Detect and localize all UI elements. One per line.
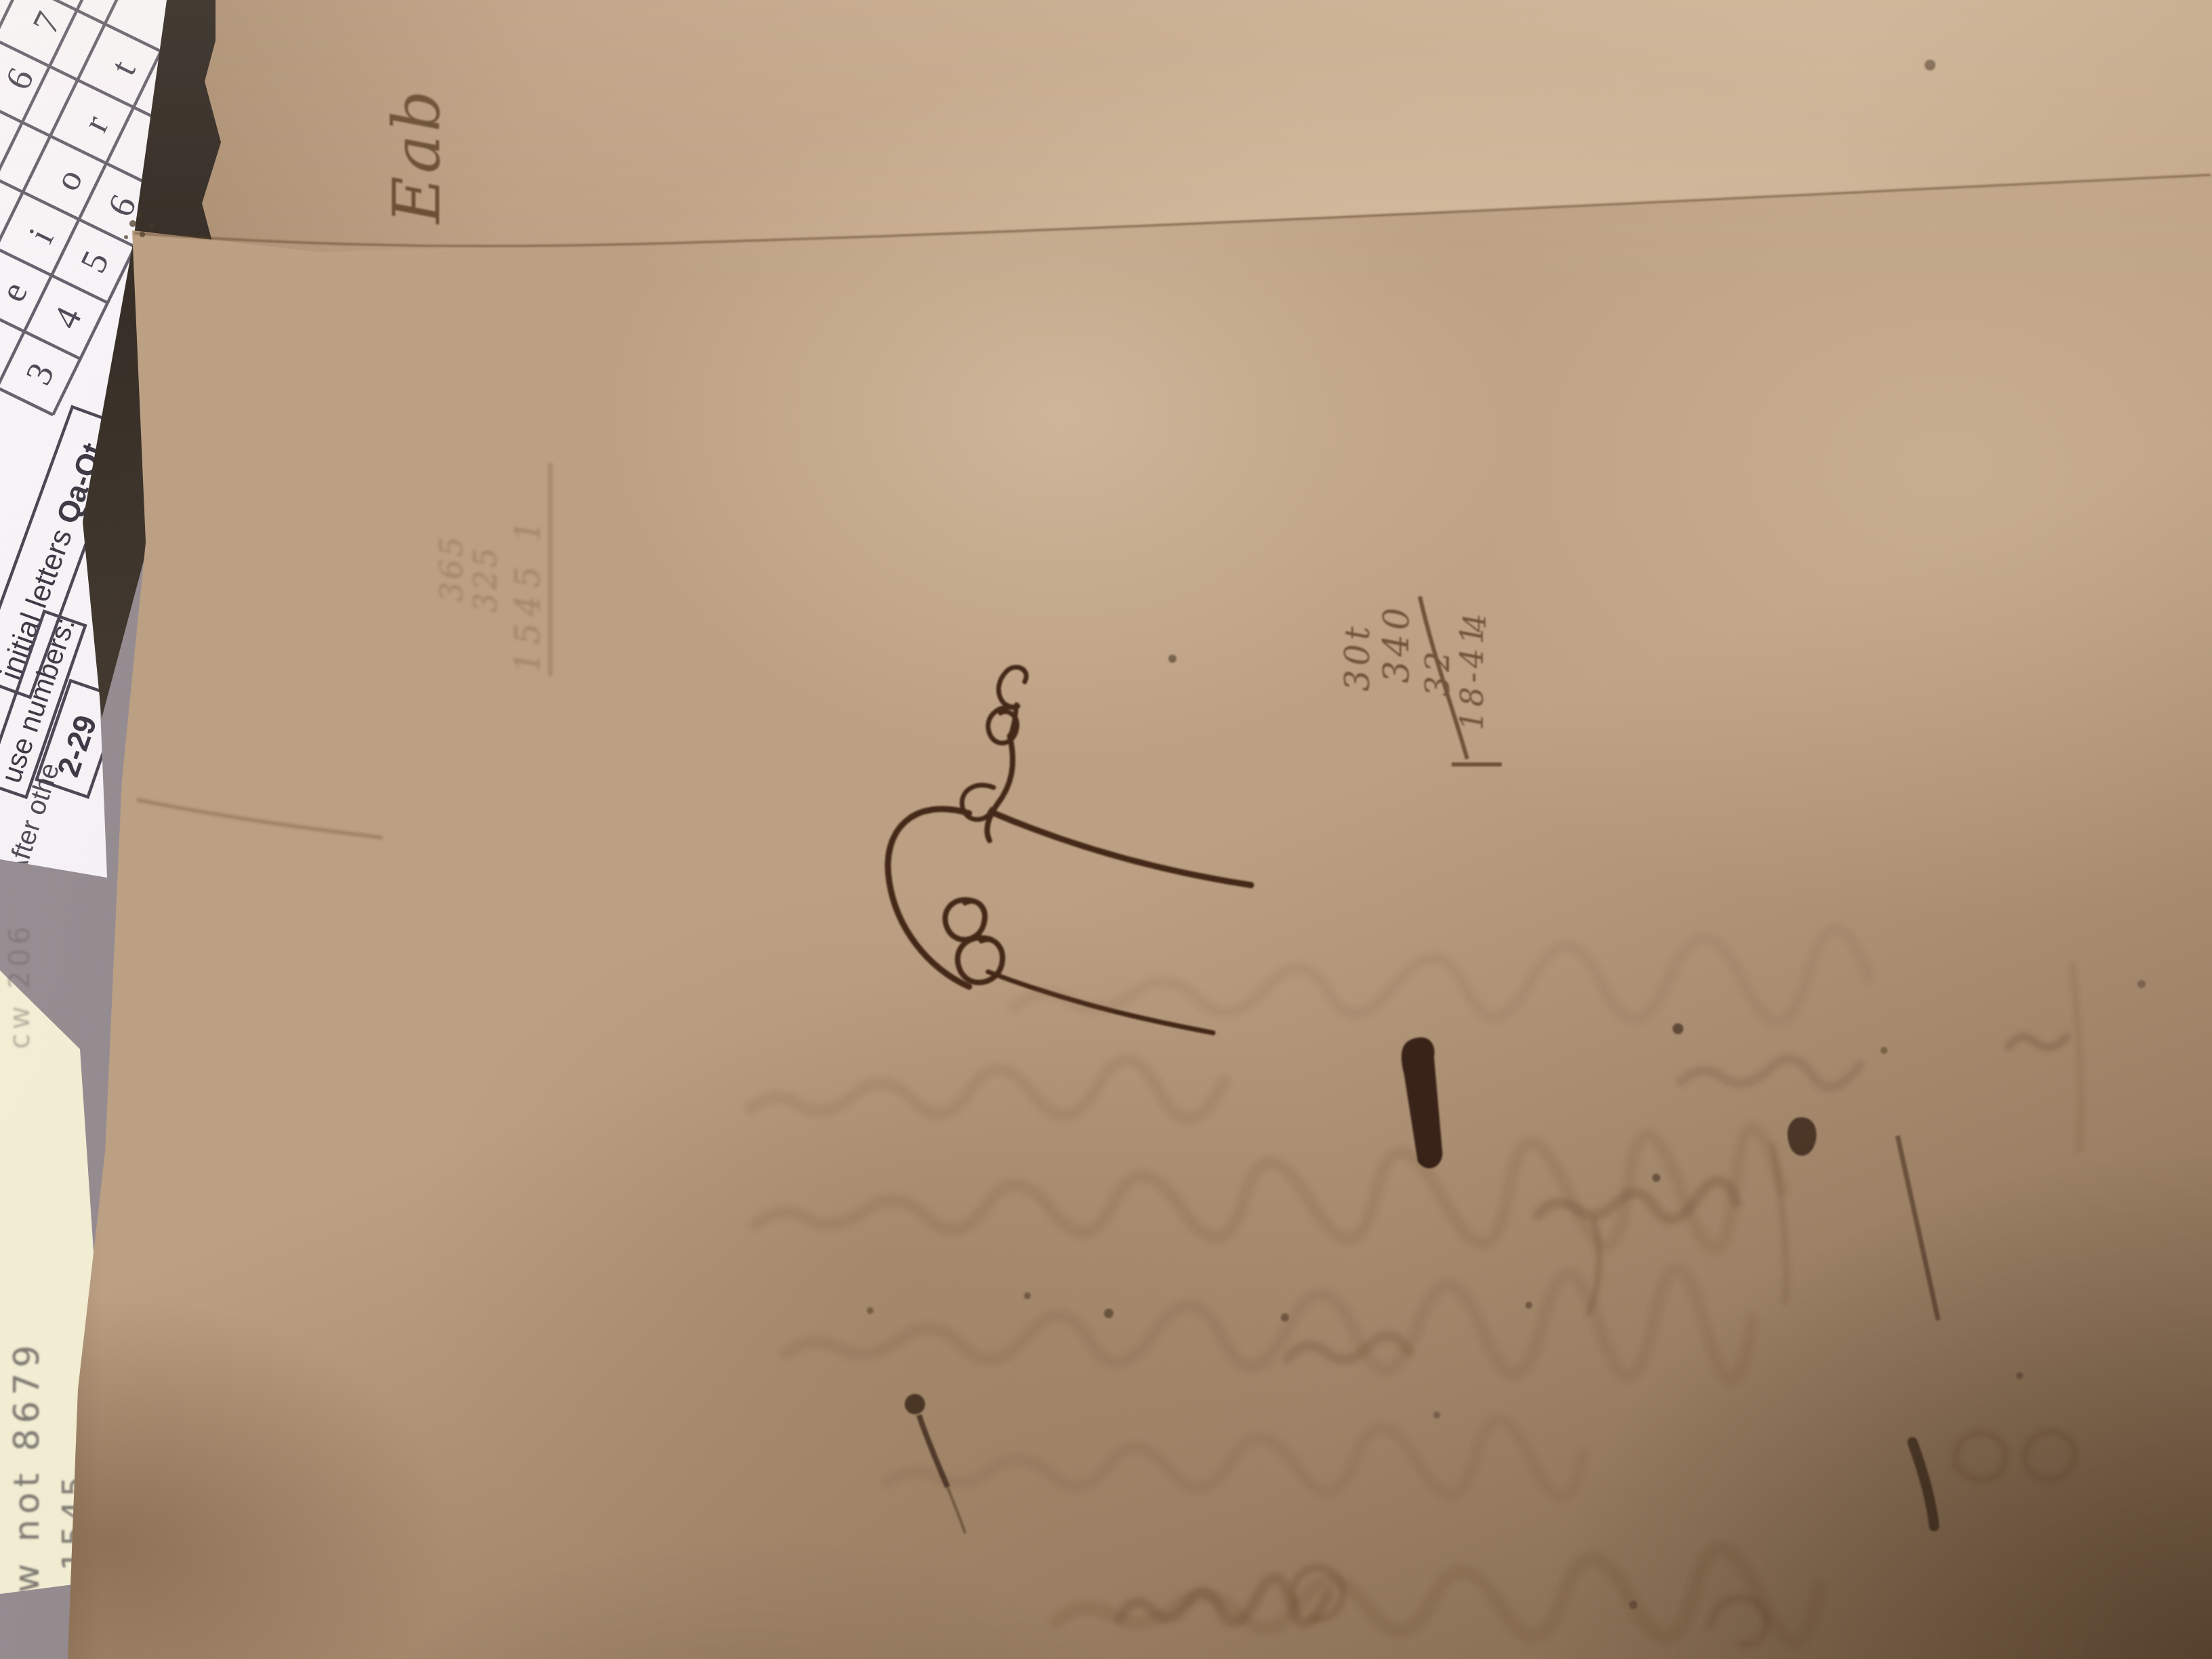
arithmetic-line: 32	[1419, 647, 1457, 697]
arithmetic-line: 30t	[1338, 622, 1377, 691]
shelfmark-inscription: Eab	[379, 87, 455, 225]
arithmetic-result: 18-41	[1454, 620, 1490, 731]
bleedthrough-script	[751, 930, 2081, 1644]
faint-arithmetic-line: 325	[467, 545, 504, 613]
faint-arithmetic-inscription: 365 325 1545 1	[433, 463, 550, 676]
page-edge-seam	[134, 175, 2211, 838]
arithmetic-line: 340	[1376, 604, 1417, 683]
photo-canvas: e i o r t 3 4 5 6 6 7 initial letters Qa…	[0, 0, 2212, 1659]
arithmetic-inscription: 30t 340 32 18-41 4	[1338, 596, 1502, 764]
signature-ink	[888, 668, 1251, 1033]
ink-overlay: Eab 365 325 1545 1 30t 340 32 18-41 4	[0, 0, 2212, 1659]
faint-arithmetic-line: 1545 1	[508, 514, 548, 673]
arithmetic-digit: 4	[1458, 613, 1493, 633]
faint-arithmetic-line: 365	[433, 534, 470, 602]
